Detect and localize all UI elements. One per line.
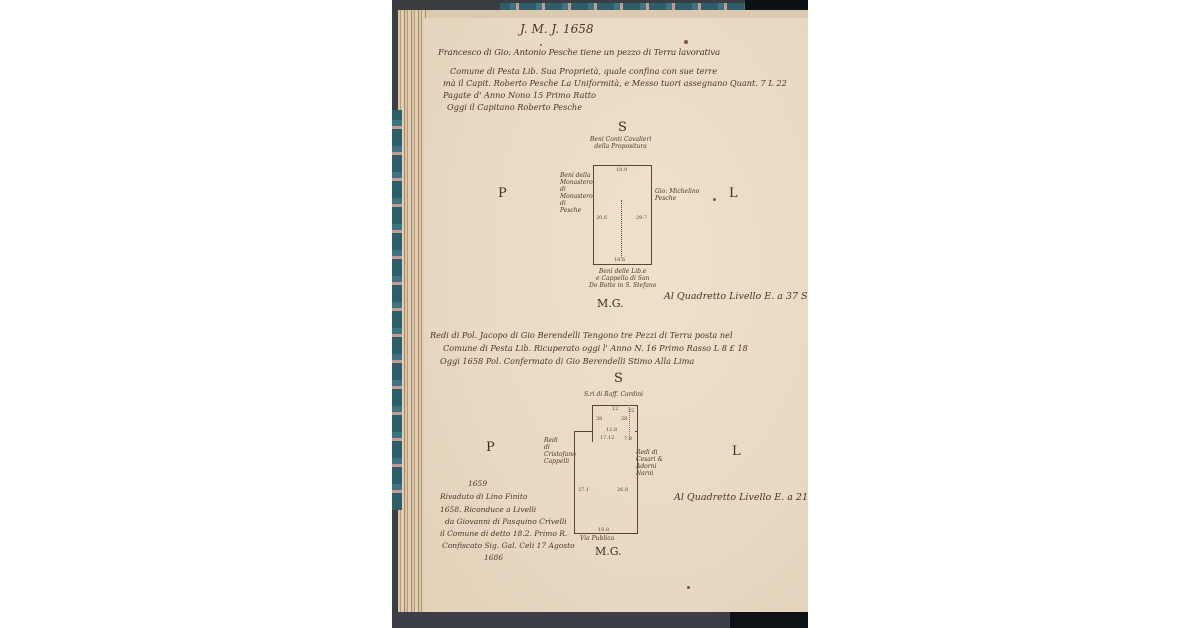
- record-1-line-3: mà il Capit. Roberto Pesche La Uniformit…: [443, 78, 787, 88]
- side-note-line-1: 1659: [468, 479, 487, 489]
- page-heading: J. M. J. 1658: [520, 22, 593, 36]
- map1-south-letter: M.G.: [597, 297, 624, 310]
- bottom-frame-shadow: [730, 612, 808, 628]
- side-note-line-4: da Giovanni di Pasquino Crivelli: [445, 517, 567, 527]
- map2-north-label: S.ri di Raff. Cardini: [584, 391, 643, 398]
- map2-measure: 28: [596, 416, 602, 422]
- record-2-line-1: Redi di Pol. Jacopo di Gio Berendelli Te…: [430, 330, 733, 340]
- ink-spot: [684, 40, 688, 44]
- map1-north-letter: S: [618, 120, 627, 135]
- side-note-line-6: Confiscato Sig. Gal. Celi 17 Agosto: [442, 541, 575, 551]
- record-1-line-1: Francesco di Gio: Antonio Pesche tiene u…: [438, 48, 720, 58]
- side-note-line-2: Rivaduto di Lino Finito: [440, 492, 527, 502]
- map1-left-measure: 20.6: [596, 215, 607, 221]
- page-edges: [398, 10, 426, 612]
- map2-parcel-main: [574, 431, 638, 534]
- map2-west-label: Redi di Cristofano Cappelli: [544, 437, 576, 465]
- record-1-line-4: Pagate d' Anno Nono 15 Primo Ratto: [443, 90, 596, 100]
- map1-west-label: Beni della Monastero di Monastero di Pes…: [560, 172, 593, 214]
- ink-spot: [687, 586, 690, 589]
- map1-east-label: Gio: Michelino Pesche: [655, 188, 699, 202]
- map1-north-label: Beni Conti Cavalieri della Propositura: [590, 136, 651, 150]
- map2-measure: 28: [621, 416, 627, 422]
- map2-measure: 26.8: [617, 487, 628, 493]
- record-2-quadretto: Al Quadretto Livello E. a 21: [674, 492, 808, 503]
- map1-top-measure: 18.9: [616, 167, 627, 173]
- map2-north-letter: S: [614, 371, 623, 386]
- side-note-line-5: il Comune di detto 18.2. Primo R.: [440, 529, 567, 539]
- map2-east-label: Redi di Cesari & Adorni Narni: [636, 449, 663, 477]
- record-1-line-2: Comune di Pesta Lib. Sua Proprietà, qual…: [450, 66, 717, 76]
- side-note-line-3: 1658. Riconduce a Livelli: [440, 505, 536, 515]
- map1-right-measure: 29.7: [636, 215, 647, 221]
- map2-measure: 17.12: [600, 435, 614, 441]
- record-2-line-3: Oggi 1658 Pol. Confermato di Gio Berende…: [440, 356, 694, 366]
- record-1-quadretto: Al Quadretto Livello E. a 37 S: [664, 291, 808, 302]
- map1-dotted-line: [621, 200, 622, 258]
- map1-bottom-measure: 18.6: [614, 257, 625, 263]
- map2-measure: 18.8: [598, 527, 609, 533]
- map2-south-label: Via Publica: [580, 535, 614, 542]
- map1-east-letter: L: [729, 186, 738, 201]
- side-note-line-7: 1686: [484, 553, 503, 563]
- ink-spot: [540, 44, 542, 46]
- map2-measure: 12.8: [606, 427, 617, 433]
- map2-measure: 27.1: [578, 487, 589, 493]
- map2-measure: 22: [628, 408, 634, 414]
- marbled-cover-left: [392, 110, 402, 510]
- map2-measure: 12: [612, 406, 618, 412]
- record-1-line-5: Oggi il Capitano Roberto Pesche: [447, 102, 582, 112]
- ink-spot: [713, 198, 716, 201]
- map2-west-letter: P: [486, 440, 495, 455]
- record-2-line-2: Comune di Pesta Lib. Ricuperato oggi l' …: [443, 343, 748, 353]
- map2-east-letter: L: [732, 444, 741, 459]
- map2-measure: 7.9: [624, 436, 632, 442]
- map1-south-label: Beni delle Lib.e e Cappella di San Do Bo…: [589, 268, 656, 289]
- map2-south-letter: M.G.: [595, 545, 622, 558]
- map1-west-letter: P: [498, 186, 507, 201]
